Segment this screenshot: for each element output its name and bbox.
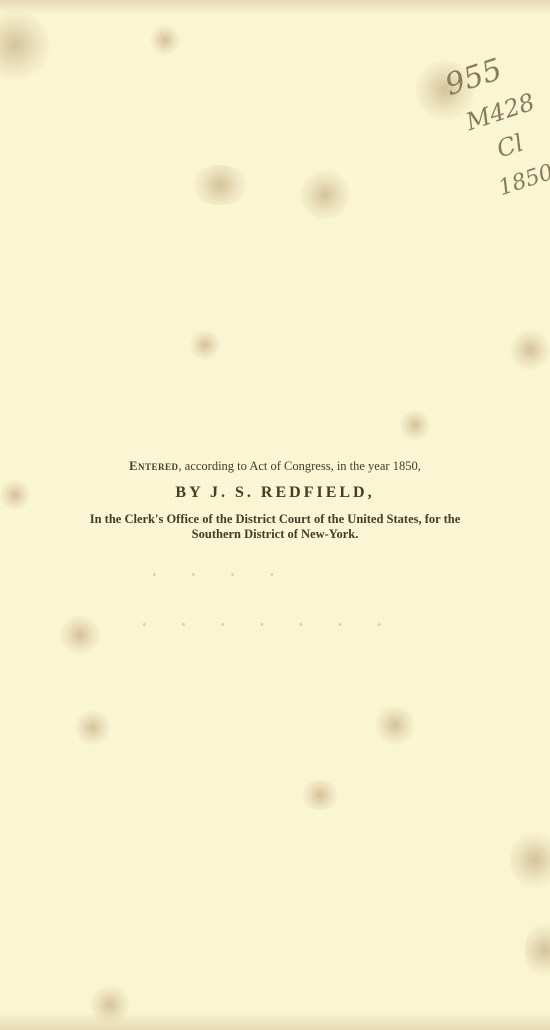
handwritten-call-number: Cl <box>493 129 526 164</box>
foxing-spot <box>300 170 350 220</box>
foxing-spot <box>300 780 340 810</box>
entered-line: Entered, according to Act of Congress, i… <box>0 459 550 474</box>
handwritten-call-number: 1850 <box>496 160 550 201</box>
foxing-spot <box>400 410 430 440</box>
page-edge-bottom <box>0 1012 550 1030</box>
foxing-spot <box>0 10 50 80</box>
bleed-through-text: · · · · · · · <box>140 610 396 640</box>
foxing-spot <box>525 920 550 980</box>
foxing-spot <box>190 165 250 205</box>
entered-rest: , according to Act of Congress, in the y… <box>179 459 421 473</box>
bleed-through-text: · · · · <box>150 560 288 590</box>
foxing-spot <box>190 330 220 360</box>
author-line: BY J. S. REDFIELD, <box>0 484 550 502</box>
entered-label: Entered <box>129 459 178 473</box>
foxing-spot <box>90 985 130 1025</box>
foxing-spot <box>510 830 550 890</box>
foxing-spot <box>375 705 415 745</box>
foxing-spot <box>510 330 550 370</box>
office-line: In the Clerk's Office of the District Co… <box>0 512 550 527</box>
foxing-spot <box>150 25 180 55</box>
document-page: · · · · · · · · · · · 955 M428 Cl 1850 E… <box>0 0 550 1030</box>
foxing-spot <box>60 615 100 655</box>
district-line: Southern District of New-York. <box>0 527 550 542</box>
page-edge-top <box>0 0 550 14</box>
foxing-spot <box>75 710 110 745</box>
